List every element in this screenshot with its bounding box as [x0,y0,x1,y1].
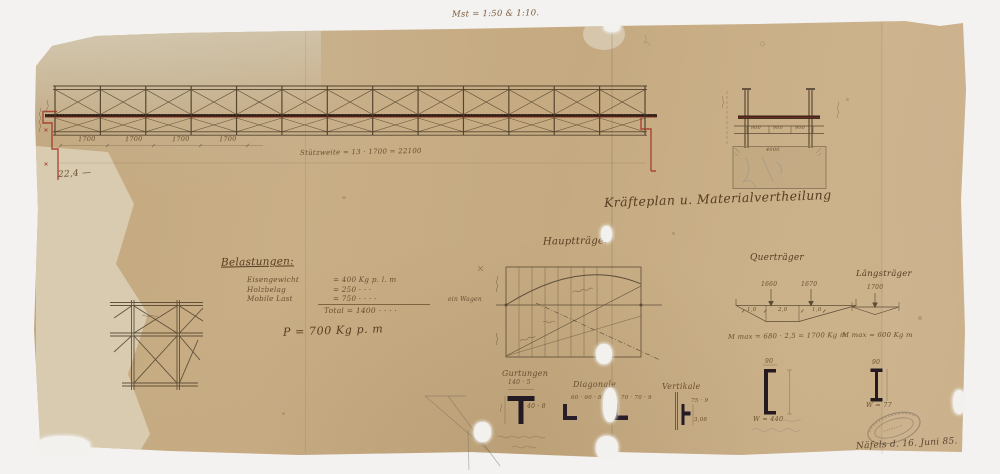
stray-pencil-marks [644,35,765,46]
channel-dim-top: 90 [765,359,773,365]
load-value: = 750 · · · · [333,295,377,302]
tear [604,22,620,32]
qt-dim: 1,0 [812,308,822,314]
ibeam-w: W = 77 [866,402,892,409]
load-value: = 250 · · · [333,286,371,293]
truss-lattice [53,86,647,135]
laengstraeger-diagram [852,293,899,315]
cs-deck-dim: 900 [751,127,761,132]
channel-w: W = 440 [753,416,783,423]
panel-dim: 1700 [125,136,143,143]
load-note: ein Wagen [448,297,482,303]
scanned-bridge-drawing: Mst = 1:50 & 1:10. Kräfteplan u. Materia… [0,0,1000,474]
bracing-plan-sketch [110,300,203,390]
cs-width-dim: 4000 [766,148,780,153]
gurtungen-label: Gurtungen [502,370,548,378]
foxing-spot [846,98,849,101]
vertikale-dim: 75 · 9 [691,399,708,405]
tear [596,436,618,460]
scale-note: Mst = 1:50 & 1:10. [452,9,539,19]
drawing-artwork [0,0,1000,474]
vertikale-label: Vertikale [662,383,701,391]
tear [474,422,491,442]
gurtungen-dim-right: 40 · 8 [527,404,546,410]
load-label: Mobile Last [247,295,293,302]
load-label: Holzbelag [247,286,286,293]
panel-dim: 1700 [78,136,96,143]
hauptraeger-title: Hauptträger [543,236,609,247]
panel-dim: 1700 [172,136,190,143]
loads-heading: Belastungen: [221,256,294,268]
gurtungen-dim-top: 140 · 5 [508,380,531,386]
qt-dim: 1,0 [747,308,757,314]
load-value: = 400 Kg p. l. m [333,276,396,283]
tear [36,436,90,456]
qt-load: 1670 [801,282,817,288]
tear [953,390,965,414]
panel-dim: 1700 [219,136,237,143]
foxing-spot [342,196,346,199]
quertraeger-title: Querträger [750,254,804,263]
foxing-spot [672,232,675,235]
foxing-spot [282,412,285,415]
hauptraeger-diagram [478,266,662,360]
tear [601,226,612,242]
cs-deck-dim: 900 [773,127,783,132]
tear [596,344,612,364]
profile-gurtungen [497,390,545,449]
cs-deck-dim: 900 [795,127,805,132]
lt-load: 1700 [867,285,883,291]
p-note: P = 700 Kg p. m [283,323,384,337]
angle1-dim: 60 · 60 · 8 [571,396,602,402]
qt-dim: 2,0 [778,308,788,314]
quertraeger-diagram [736,289,856,322]
cross-section-view [722,89,839,189]
qt-load: 1660 [761,282,777,288]
vertikale-length: 3,08 [694,418,707,424]
ibeam-dim-top: 90 [872,360,880,366]
foxing-spot [918,316,922,320]
load-total: Total = 1400 · · · · [324,307,397,315]
profile-diagonale [563,404,628,420]
angle2-dim: 70 · 70 · 9 [621,396,652,402]
note-squiggle [497,436,545,448]
lt-formula: M max = 600 Kg m [842,332,913,339]
laengstraeger-title: Längsträger [856,270,912,279]
tear [603,388,617,422]
load-label: Eisengewicht [247,276,299,283]
profile-ibeam [871,369,888,402]
sum-rule [318,304,430,305]
